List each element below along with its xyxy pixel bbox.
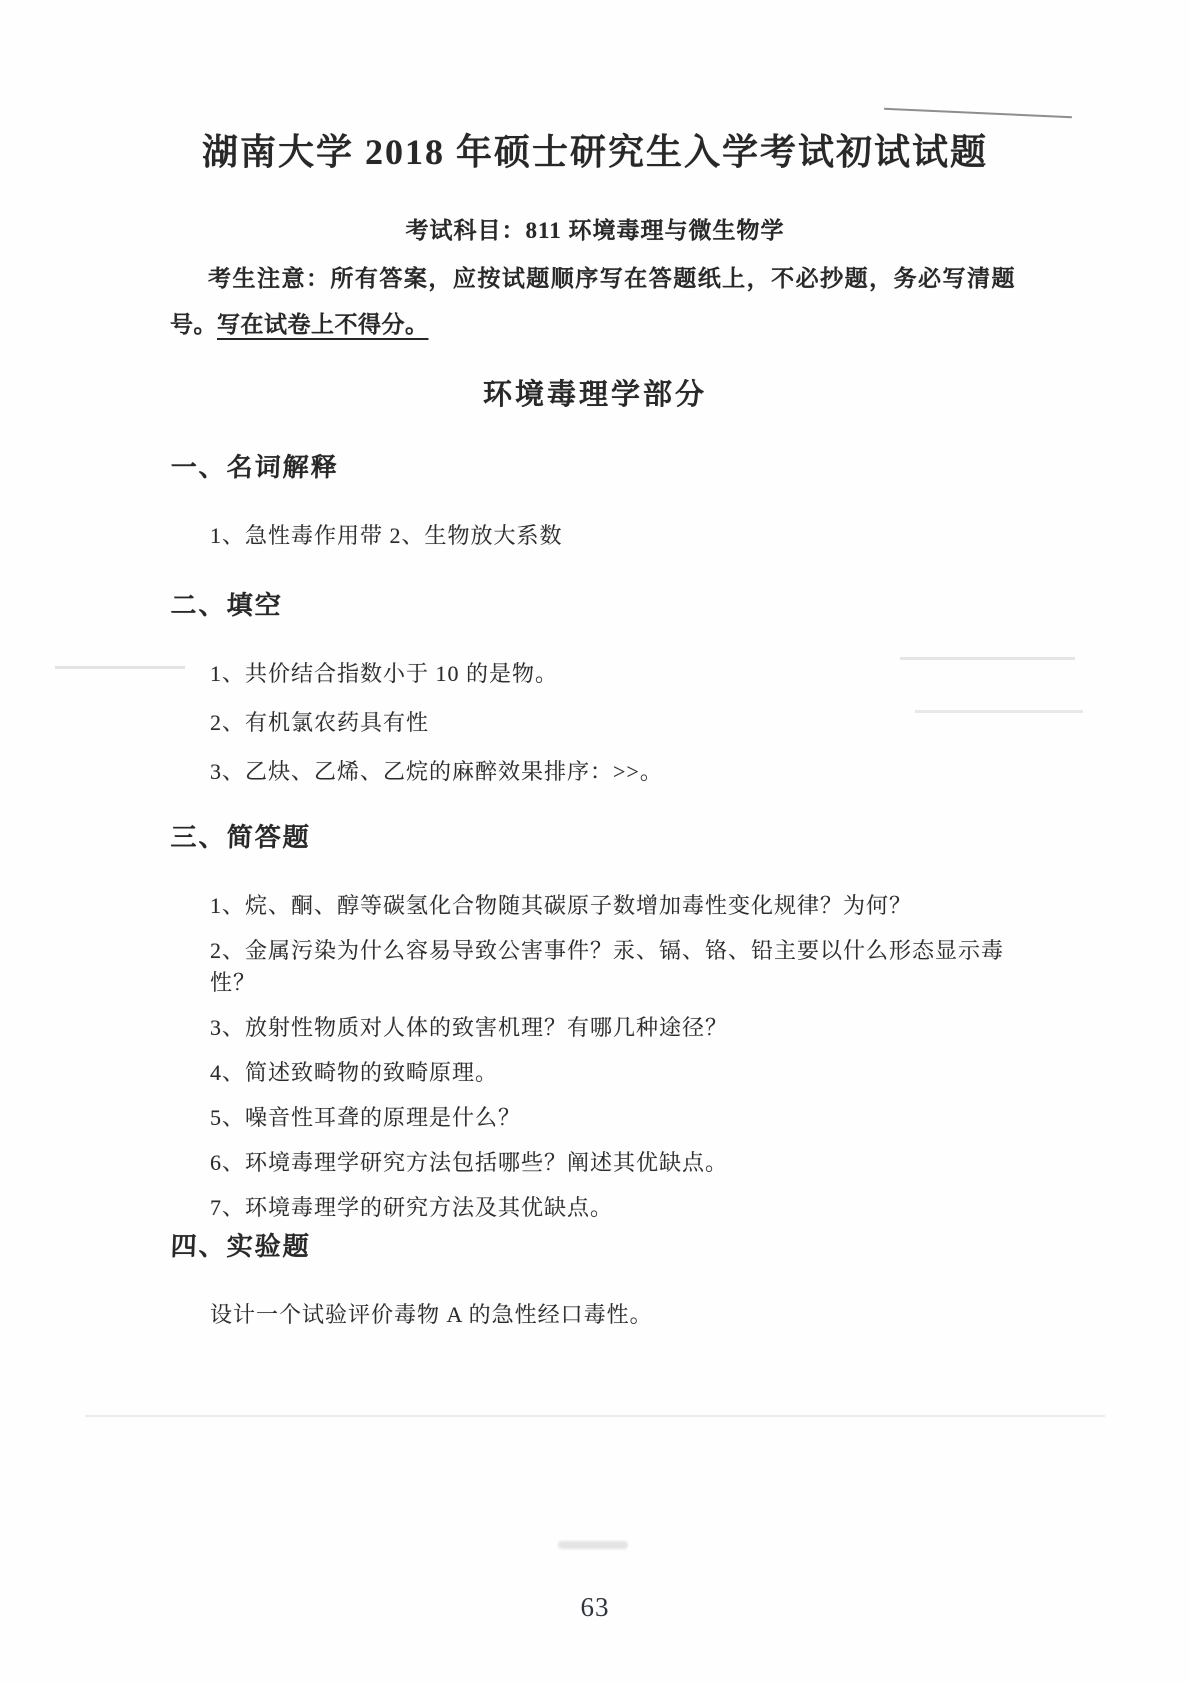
question-item: 1、烷、酮、醇等碳氢化合物随其碳原子数增加毒性变化规律？为何？	[170, 890, 1030, 922]
section-terms: 一、名词解释 1、急性毒作用带 2、生物放大系数	[170, 450, 1030, 552]
part-heading: 环境毒理学部分	[0, 372, 1190, 413]
scan-artifact-line	[884, 108, 1072, 119]
question-item: 7、环境毒理学的研究方法及其优缺点。	[170, 1192, 1030, 1224]
question-item: 设计一个试验评价毒物 A 的急性经口毒性。	[170, 1299, 1030, 1331]
page-title: 湖南大学 2018 年硕士研究生入学考试初试试题	[0, 124, 1190, 175]
scan-artifact-smudge	[558, 1541, 628, 1549]
question-item: 4、简述致畸物的致畸原理。	[170, 1057, 1030, 1089]
exam-paper-page: 湖南大学 2018 年硕士研究生入学考试初试试题 考试科目：811 环境毒理与微…	[0, 0, 1190, 1683]
notice-underlined: 写在试卷上不得分。	[217, 312, 429, 337]
question-item: 2、有机氯农药具有性	[170, 707, 1030, 739]
question-item: 1、急性毒作用带 2、生物放大系数	[170, 520, 1030, 552]
question-item: 5、噪音性耳聋的原理是什么？	[170, 1102, 1030, 1134]
scan-artifact-line	[85, 1415, 1105, 1417]
scan-artifact-line	[55, 666, 185, 669]
question-item: 3、放射性物质对人体的致害机理？有哪几种途径？	[170, 1012, 1030, 1044]
section-heading: 二、填空	[170, 588, 1031, 624]
candidate-notice: 考生注意：所有答案，应按试题顺序写在答题纸上，不必抄题，务必写清题号。写在试卷上…	[170, 256, 1015, 348]
question-item: 2、金属污染为什么容易导致公害事件？汞、镉、铬、铅主要以什么形态显示毒性？	[170, 935, 1030, 999]
section-heading: 一、名词解释	[170, 450, 1031, 486]
section-fill-blank: 二、填空 1、共价结合指数小于 10 的是物。 2、有机氯农药具有性 3、乙炔、…	[170, 588, 1030, 805]
section-short-answer: 三、简答题 1、烷、酮、醇等碳氢化合物随其碳原子数增加毒性变化规律？为何？ 2、…	[170, 820, 1030, 1237]
notice-lead: 考生注意：	[208, 266, 330, 291]
question-item: 6、环境毒理学研究方法包括哪些？阐述其优缺点。	[170, 1147, 1030, 1179]
question-item: 1、共价结合指数小于 10 的是物。	[170, 658, 1030, 690]
section-heading: 四、实验题	[170, 1229, 1031, 1265]
question-item: 3、乙炔、乙烯、乙烷的麻醉效果排序：>>。	[170, 756, 1030, 788]
section-heading: 三、简答题	[170, 820, 1031, 856]
subject-line: 考试科目：811 环境毒理与微生物学	[0, 212, 1190, 245]
page-number: 63	[0, 1592, 1190, 1623]
section-experiment: 四、实验题 设计一个试验评价毒物 A 的急性经口毒性。	[170, 1229, 1030, 1331]
